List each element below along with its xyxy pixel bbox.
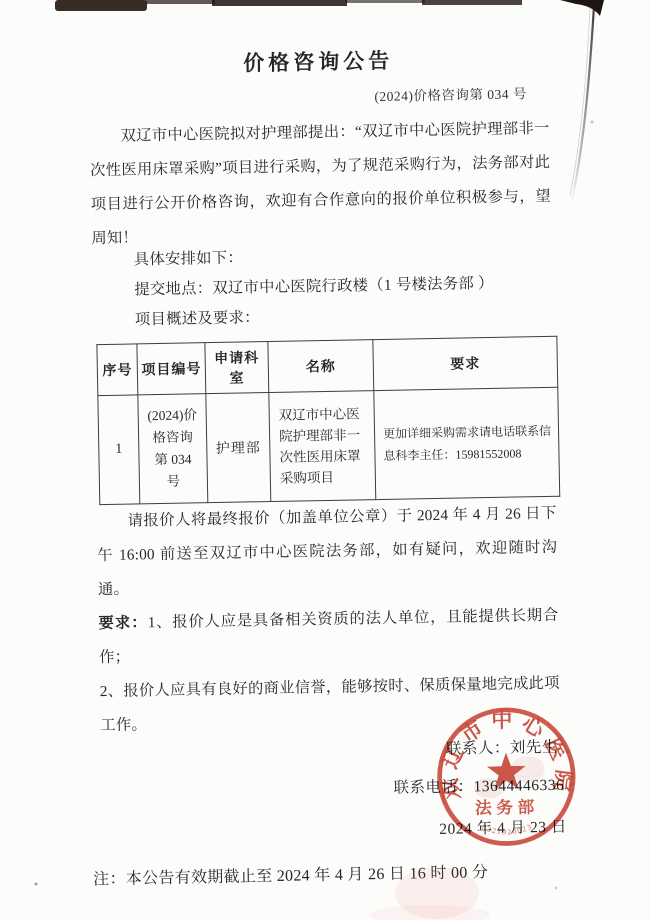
scanned-document-page: 价格咨询公告 (2024)价格咨询第 034 号 双辽市中心医院拟对护理部提出：…	[0, 0, 650, 920]
requirement-1-text: 1、报价人应是具备相关资质的法人单位，且能提供长期合作；	[99, 607, 559, 666]
svg-text:0321920023: 0321920023	[481, 821, 535, 836]
requirement-label: 要求：	[98, 614, 148, 632]
intro-paragraph: 双辽市中心医院拟对护理部提出：“双辽市中心医院护理部非一次性医用床罩采购”项目进…	[89, 112, 551, 256]
closing-paragraph: 请报价人将最终报价（加盖单位公章）于 2024 年 4 月 26 日下午 16:…	[96, 497, 558, 607]
document-content: 价格咨询公告 (2024)价格咨询第 034 号 双辽市中心医院拟对护理部提出：…	[0, 0, 650, 920]
seal-code: 0321920023	[481, 821, 535, 836]
signature-block: 联系人：刘先生 联系电话：13644446336 2024 年 4 月 23 日…	[101, 735, 563, 861]
col-header-requirement: 要求	[373, 336, 558, 390]
table-header-row: 序号 项目编号 申请科室 名称 要求	[97, 336, 558, 395]
col-header-name: 名称	[268, 340, 374, 393]
project-table: 序号 项目编号 申请科室 名称 要求 1 (2024)价格咨询第 034 号 护…	[96, 336, 560, 505]
page-title: 价格咨询公告	[88, 42, 548, 80]
table-row: 1 (2024)价格咨询第 034 号 护理部 双辽市中心医院护理部非一次性医用…	[98, 387, 560, 504]
cell-seq: 1	[98, 395, 140, 505]
seal-department: 法务部	[475, 797, 539, 818]
col-header-department: 申请科室	[205, 342, 269, 394]
col-header-project-no: 项目编号	[137, 343, 206, 395]
cell-requirement: 更加详细采购需求请电话联系信息科李主任：15981552008	[374, 387, 560, 499]
document-number: (2024)价格咨询第 034 号	[89, 82, 549, 110]
cell-department: 护理部	[206, 393, 271, 503]
requirement-1: 要求：1、报价人应是具备相关资质的法人单位，且能提供长期合作；	[98, 599, 559, 675]
cell-project-no: (2024)价格咨询第 034 号	[138, 394, 208, 504]
cell-name: 双辽市中心医院护理部非一次性医用床罩采购项目	[269, 391, 376, 502]
official-seal-icon: 双辽市中心医院 法务部 0321920023	[419, 689, 594, 864]
col-header-seq: 序号	[97, 344, 138, 396]
